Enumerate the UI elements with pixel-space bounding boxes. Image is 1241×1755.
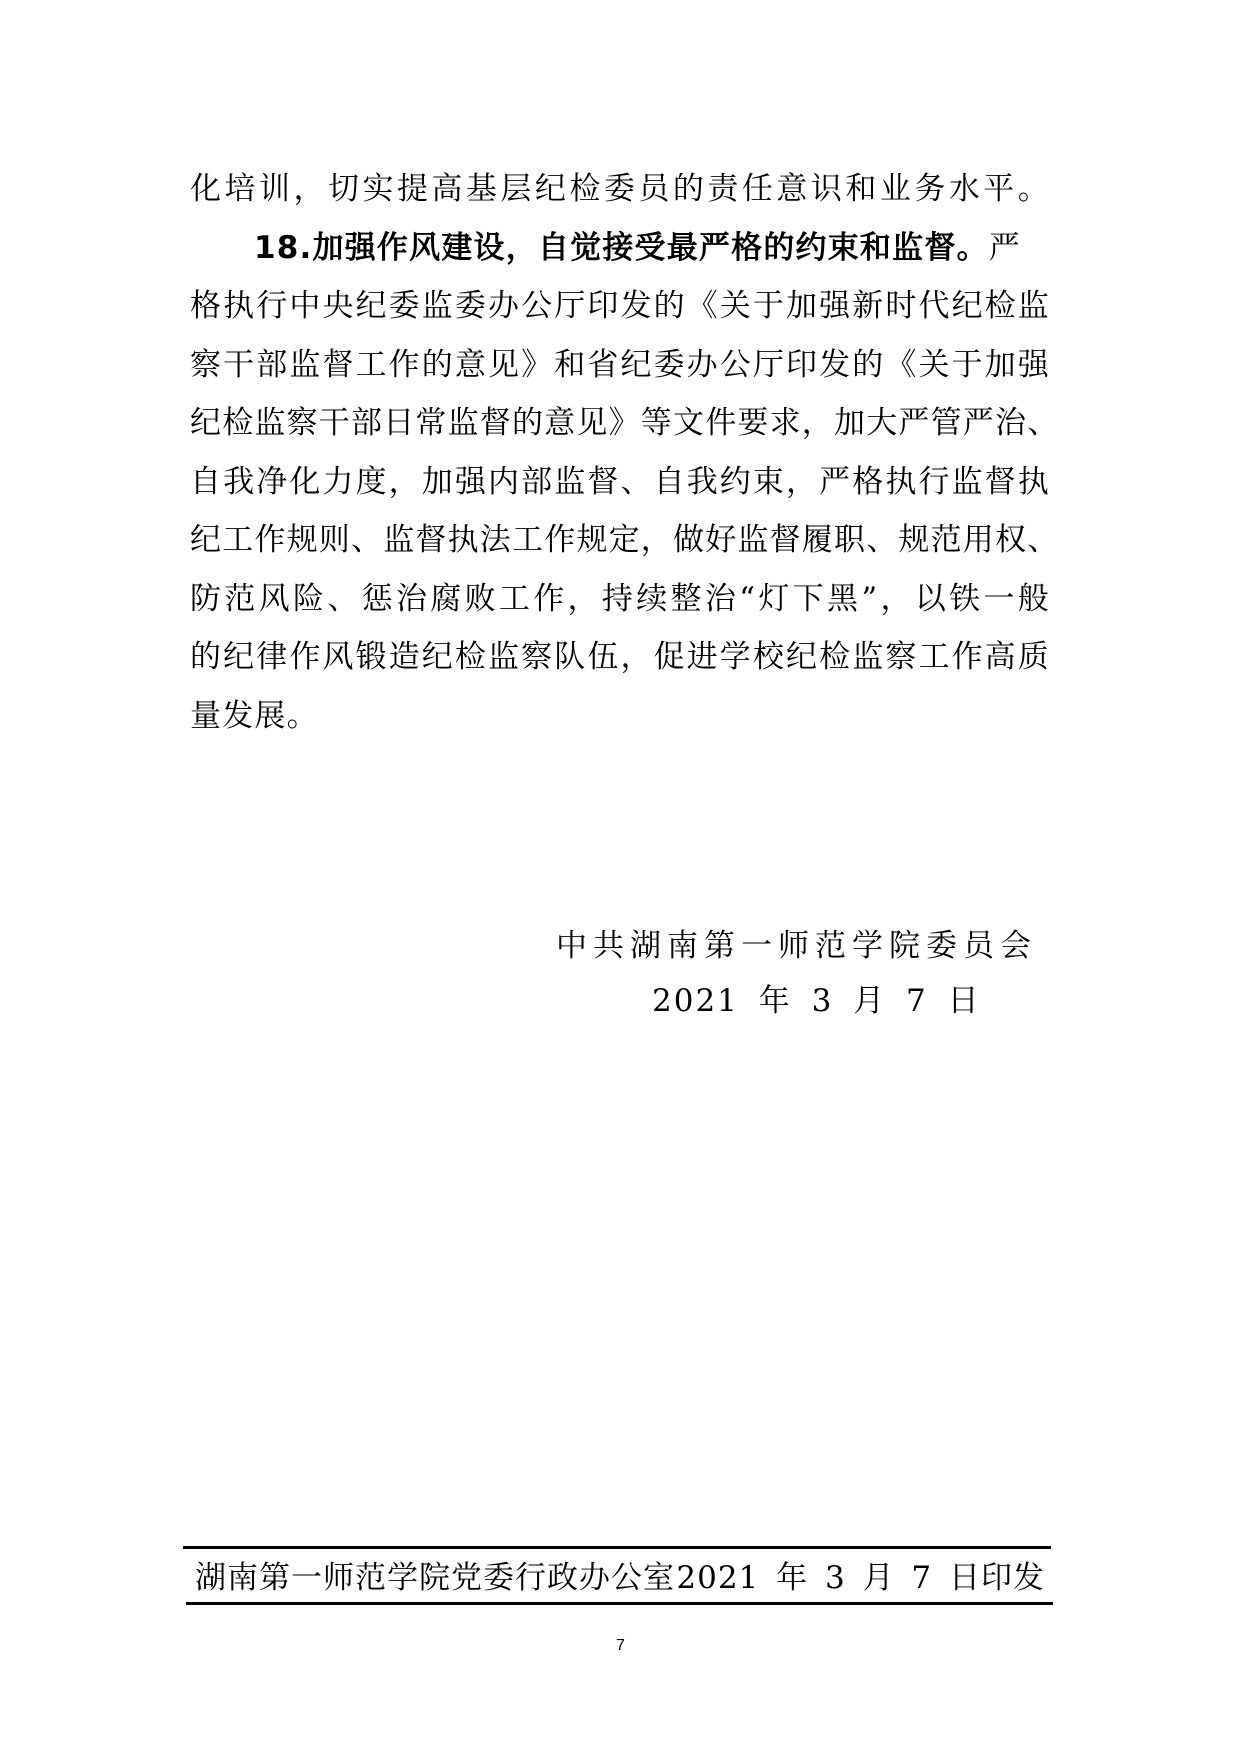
body-line-last: 量发展。 [190, 687, 1050, 746]
body-line: 防范风险、惩治腐败工作，持续整治“灯下黑”，以铁一般 [190, 570, 1050, 629]
item-18-paragraph-start: 18.加强作风建设，自觉接受最严格的约束和监督。严 [190, 219, 1050, 278]
body-line: 格执行中央纪委监委办公厅印发的《关于加强新时代纪检监 [190, 277, 1050, 336]
footer-bottom-rule [186, 1602, 1053, 1605]
body-line: 纪检监察干部日常监督的意见》等文件要求，加大严管严治、 [190, 394, 1050, 453]
signature-date: 2021 年 3 月 7 日 [652, 975, 981, 1020]
footer-issuer: 湖南第一师范学院党委行政办公室 [195, 1552, 675, 1597]
issuance-footer: 湖南第一师范学院党委行政办公室 2021 年 3 月 7 日印发 [195, 1552, 1045, 1597]
footer-issued-date: 2021 年 3 月 7 日印发 [676, 1552, 1045, 1597]
body-line: 化培训，切实提高基层纪检委员的责任意识和业务水平。 [190, 160, 1050, 219]
signature-organization: 中共湖南第一师范学院委员会 [556, 920, 1037, 965]
body-line: 纪工作规则、监督执法工作规定，做好监督履职、规范用权、 [190, 511, 1050, 570]
body-line: 察干部监督工作的意见》和省纪委办公厅印发的《关于加强 [190, 336, 1050, 395]
item-18-heading: 18.加强作风建设，自觉接受最严格的约束和监督。 [254, 230, 989, 266]
footer-top-rule [183, 1546, 1051, 1549]
body-line: 的纪律作风锻造纪检监察队伍，促进学校纪检监察工作高质 [190, 628, 1050, 687]
document-page: 化培训，切实提高基层纪检委员的责任意识和业务水平。 18.加强作风建设，自觉接受… [0, 0, 1241, 1755]
document-body: 化培训，切实提高基层纪检委员的责任意识和业务水平。 18.加强作风建设，自觉接受… [190, 160, 1050, 745]
item-18-continuation: 严 [989, 230, 1021, 266]
body-line: 自我净化力度，加强内部监督、自我约束，严格执行监督执 [190, 453, 1050, 512]
page-number: 7 [0, 1637, 1241, 1655]
